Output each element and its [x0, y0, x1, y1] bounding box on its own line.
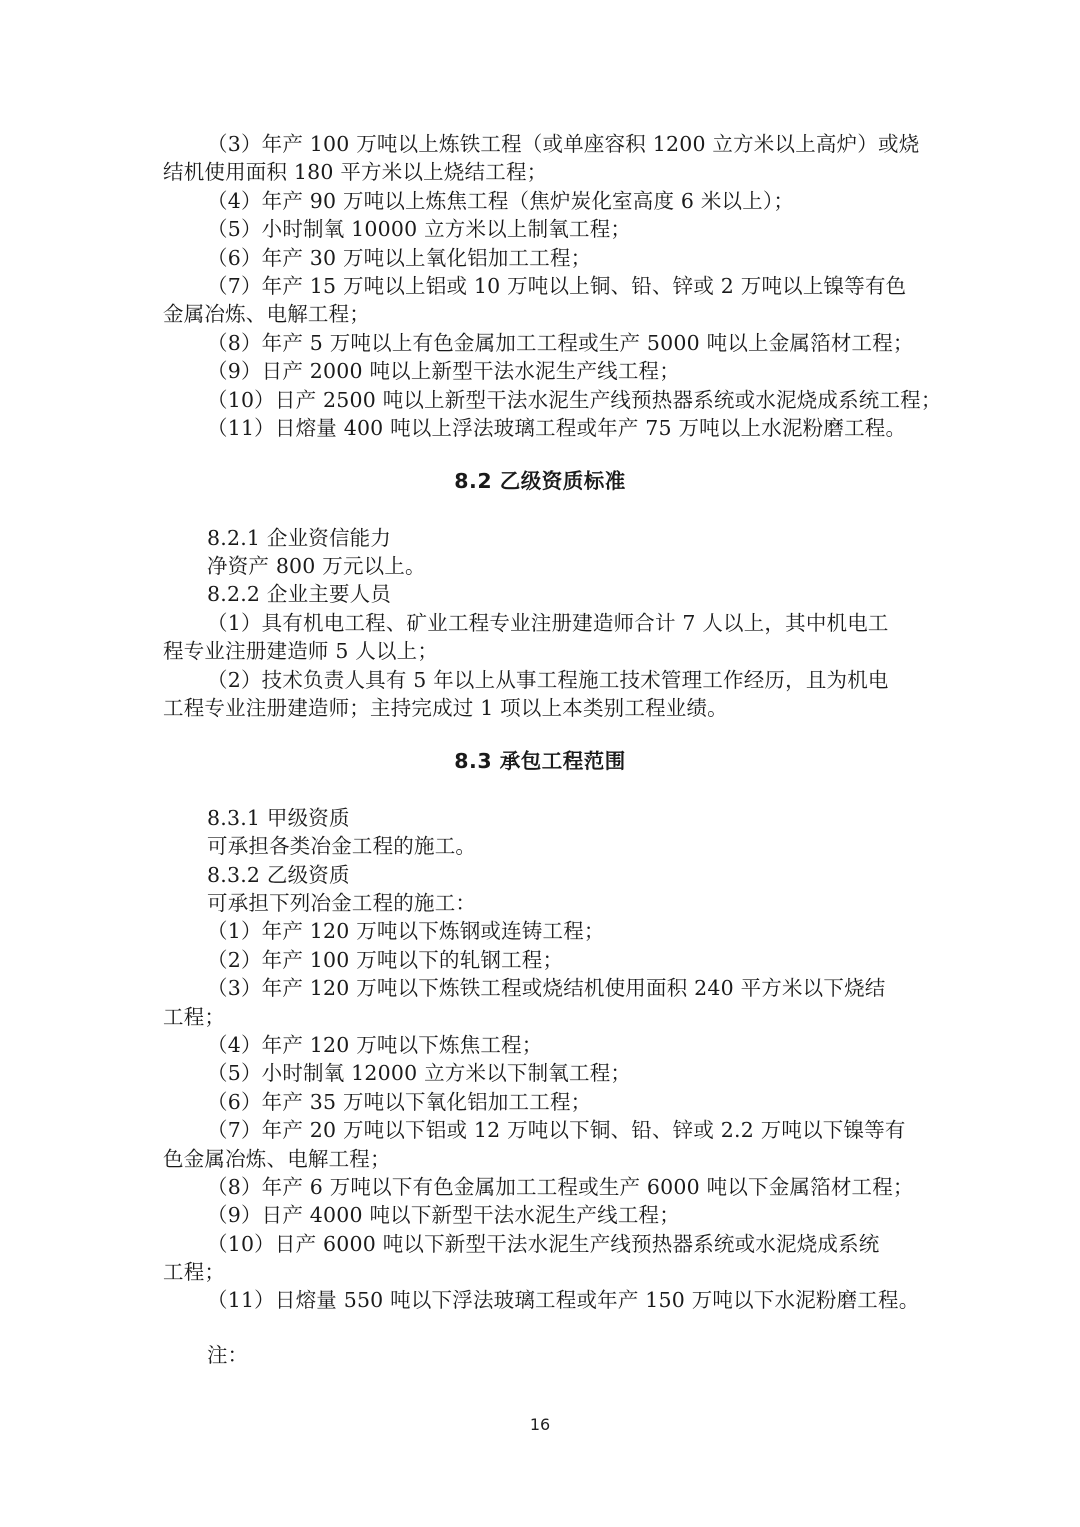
subsection-text: 可承担各类冶金工程的施工。 — [163, 832, 917, 860]
list-item-line: 结机使用面积 180 平方米以上烧结工程； — [163, 158, 917, 186]
section-8-3: 8.3.1 甲级资质 可承担各类冶金工程的施工。 8.3.2 乙级资质 可承担下… — [163, 804, 917, 1315]
list-item-line: （7）年产 20 万吨以下铝或 12 万吨以下铜、铅、锌或 2.2 万吨以下镍等… — [163, 1116, 917, 1144]
list-item-line: 工程； — [163, 1258, 917, 1286]
list-item-line: （3）年产 100 万吨以上炼铁工程（或单座容积 1200 立方米以上高炉）或烧 — [163, 130, 917, 158]
subsection-title-8-3-1: 8.3.1 甲级资质 — [163, 804, 917, 832]
section-8-1-list: （3）年产 100 万吨以上炼铁工程（或单座容积 1200 立方米以上高炉）或烧… — [163, 130, 917, 442]
list-item-line: （9）日产 2000 吨以上新型干法水泥生产线工程； — [163, 357, 917, 385]
list-item-line: （2）年产 100 万吨以下的轧钢工程； — [163, 946, 917, 974]
section-heading-8-3: 8.3 承包工程范围 — [163, 747, 917, 775]
list-item-line: （4）年产 120 万吨以下炼焦工程； — [163, 1031, 917, 1059]
subsection-title-8-3-2: 8.3.2 乙级资质 — [163, 861, 917, 889]
list-item-line: （10）日产 6000 吨以下新型干法水泥生产线预热器系统或水泥烧成系统 — [163, 1230, 917, 1258]
list-item-line: （10）日产 2500 吨以上新型干法水泥生产线预热器系统或水泥烧成系统工程； — [163, 386, 917, 414]
list-item-line: （6）年产 35 万吨以下氧化铝加工工程； — [163, 1088, 917, 1116]
list-item-line: 工程； — [163, 1003, 917, 1031]
list-item-line: 色金属冶炼、电解工程； — [163, 1145, 917, 1173]
list-item-line: （11）日熔量 550 吨以下浮法玻璃工程或年产 150 万吨以下水泥粉磨工程。 — [163, 1286, 917, 1314]
subsection-title-8-2-1: 8.2.1 企业资信能力 — [163, 524, 917, 552]
section-heading-8-2: 8.2 乙级资质标准 — [163, 467, 917, 495]
subsection-title-8-2-2: 8.2.2 企业主要人员 — [163, 580, 917, 608]
list-item-line: （7）年产 15 万吨以上铝或 10 万吨以上铜、铅、锌或 2 万吨以上镍等有色 — [163, 272, 917, 300]
page-number: 16 — [0, 1414, 1080, 1436]
list-item-line: （6）年产 30 万吨以上氧化铝加工工程； — [163, 244, 917, 272]
list-item-line: （3）年产 120 万吨以下炼铁工程或烧结机使用面积 240 平方米以下烧结 — [163, 974, 917, 1002]
list-item-line: （11）日熔量 400 吨以上浮法玻璃工程或年产 75 万吨以上水泥粉磨工程。 — [163, 414, 917, 442]
section-8-2: 8.2.1 企业资信能力 净资产 800 万元以上。 8.2.2 企业主要人员 … — [163, 524, 917, 723]
list-item-line: 金属冶炼、电解工程； — [163, 300, 917, 328]
list-item-line: （1）年产 120 万吨以下炼钢或连铸工程； — [163, 917, 917, 945]
subsection-text: 净资产 800 万元以上。 — [163, 552, 917, 580]
list-item-line: （8）年产 6 万吨以下有色金属加工工程或生产 6000 吨以下金属箔材工程； — [163, 1173, 917, 1201]
list-item-line: （2）技术负责人具有 5 年以上从事工程施工技术管理工作经历，且为机电 — [163, 666, 917, 694]
note-label: 注： — [163, 1341, 917, 1369]
list-item-line: （5）小时制氧 10000 立方米以上制氧工程； — [163, 215, 917, 243]
list-item-line: （1）具有机电工程、矿业工程专业注册建造师合计 7 人以上，其中机电工 — [163, 609, 917, 637]
list-item-line: （8）年产 5 万吨以上有色金属加工工程或生产 5000 吨以上金属箔材工程； — [163, 329, 917, 357]
document-page: （3）年产 100 万吨以上炼铁工程（或单座容积 1200 立方米以上高炉）或烧… — [163, 130, 917, 1369]
list-item-line: （9）日产 4000 吨以下新型干法水泥生产线工程； — [163, 1201, 917, 1229]
list-item-line: 工程专业注册建造师；主持完成过 1 项以上本类别工程业绩。 — [163, 694, 917, 722]
list-item-line: （5）小时制氧 12000 立方米以下制氧工程； — [163, 1059, 917, 1087]
subsection-text: 可承担下列冶金工程的施工： — [163, 889, 917, 917]
list-item-line: 程专业注册建造师 5 人以上； — [163, 637, 917, 665]
list-item-line: （4）年产 90 万吨以上炼焦工程（焦炉炭化室高度 6 米以上）； — [163, 187, 917, 215]
